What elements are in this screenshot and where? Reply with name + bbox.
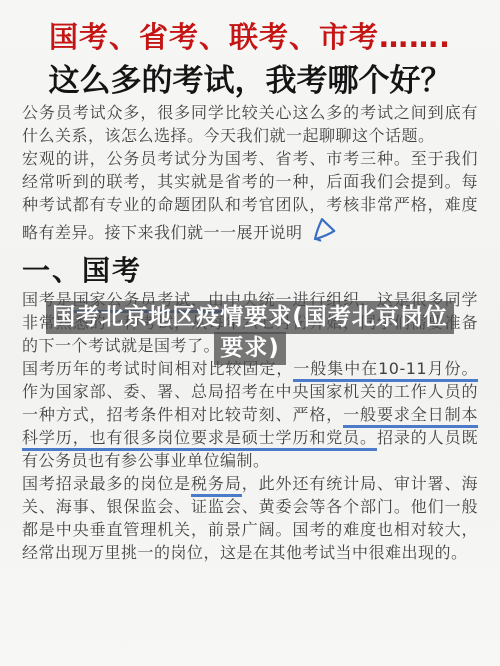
pen-arrow-icon	[309, 215, 340, 244]
text-segment: 宏观的讲，公务员考试分为国考、省考、市考三种。至于我们经常听到的联考，其实就是省…	[22, 149, 478, 242]
section-heading: 一、国考	[22, 254, 478, 288]
headline-red: 国考、省考、联考、市考…….	[0, 0, 500, 54]
text-segment: 国考历年的考试时间相对比较固定，	[22, 359, 293, 378]
underlined-phrase: 税务局	[191, 474, 242, 497]
article-body: 公务员考试众多，很多同学比较关心这么多的考试之间到底有什么关系，该怎么选择。今天…	[0, 101, 500, 564]
underlined-phrase: 一般集中在10-11月份。	[293, 359, 478, 382]
text-segment: 公务员考试众多，很多同学比较关心这么多的考试之间到底有什么关系，该怎么选择。今天…	[22, 103, 478, 145]
paragraph: 宏观的讲，公务员考试分为国考、省考、市考三种。至于我们经常听到的联考，其实就是省…	[22, 147, 478, 244]
paragraph: 国考招录最多的岗位是税务局，此外还有统计局、审计署、海关、海事、银保监会、证监会…	[22, 472, 478, 564]
article-poster: 国考、省考、联考、市考……. 这么多的考试，我考哪个好？ 公务员考试众多，很多同…	[0, 0, 500, 666]
headline-subtitle: 这么多的考试，我考哪个好？	[0, 61, 500, 101]
paragraph: 公务员考试众多，很多同学比较关心这么多的考试之间到底有什么关系，该怎么选择。今天…	[22, 101, 478, 147]
paragraph: 国考历年的考试时间相对比较固定，一般集中在10-11月份。作为国家部、委、署、总…	[22, 357, 478, 472]
paragraph: 国考是国家公务员考试，由中央统一进行组织，这是很多同学非常熟悉的一种考试，从每年…	[22, 288, 478, 357]
text-segment: 国考是	[22, 290, 73, 309]
text-segment: 国考招录最多的岗位是	[22, 474, 191, 493]
underlined-phrase: 国家公务员考试，由	[73, 290, 225, 313]
